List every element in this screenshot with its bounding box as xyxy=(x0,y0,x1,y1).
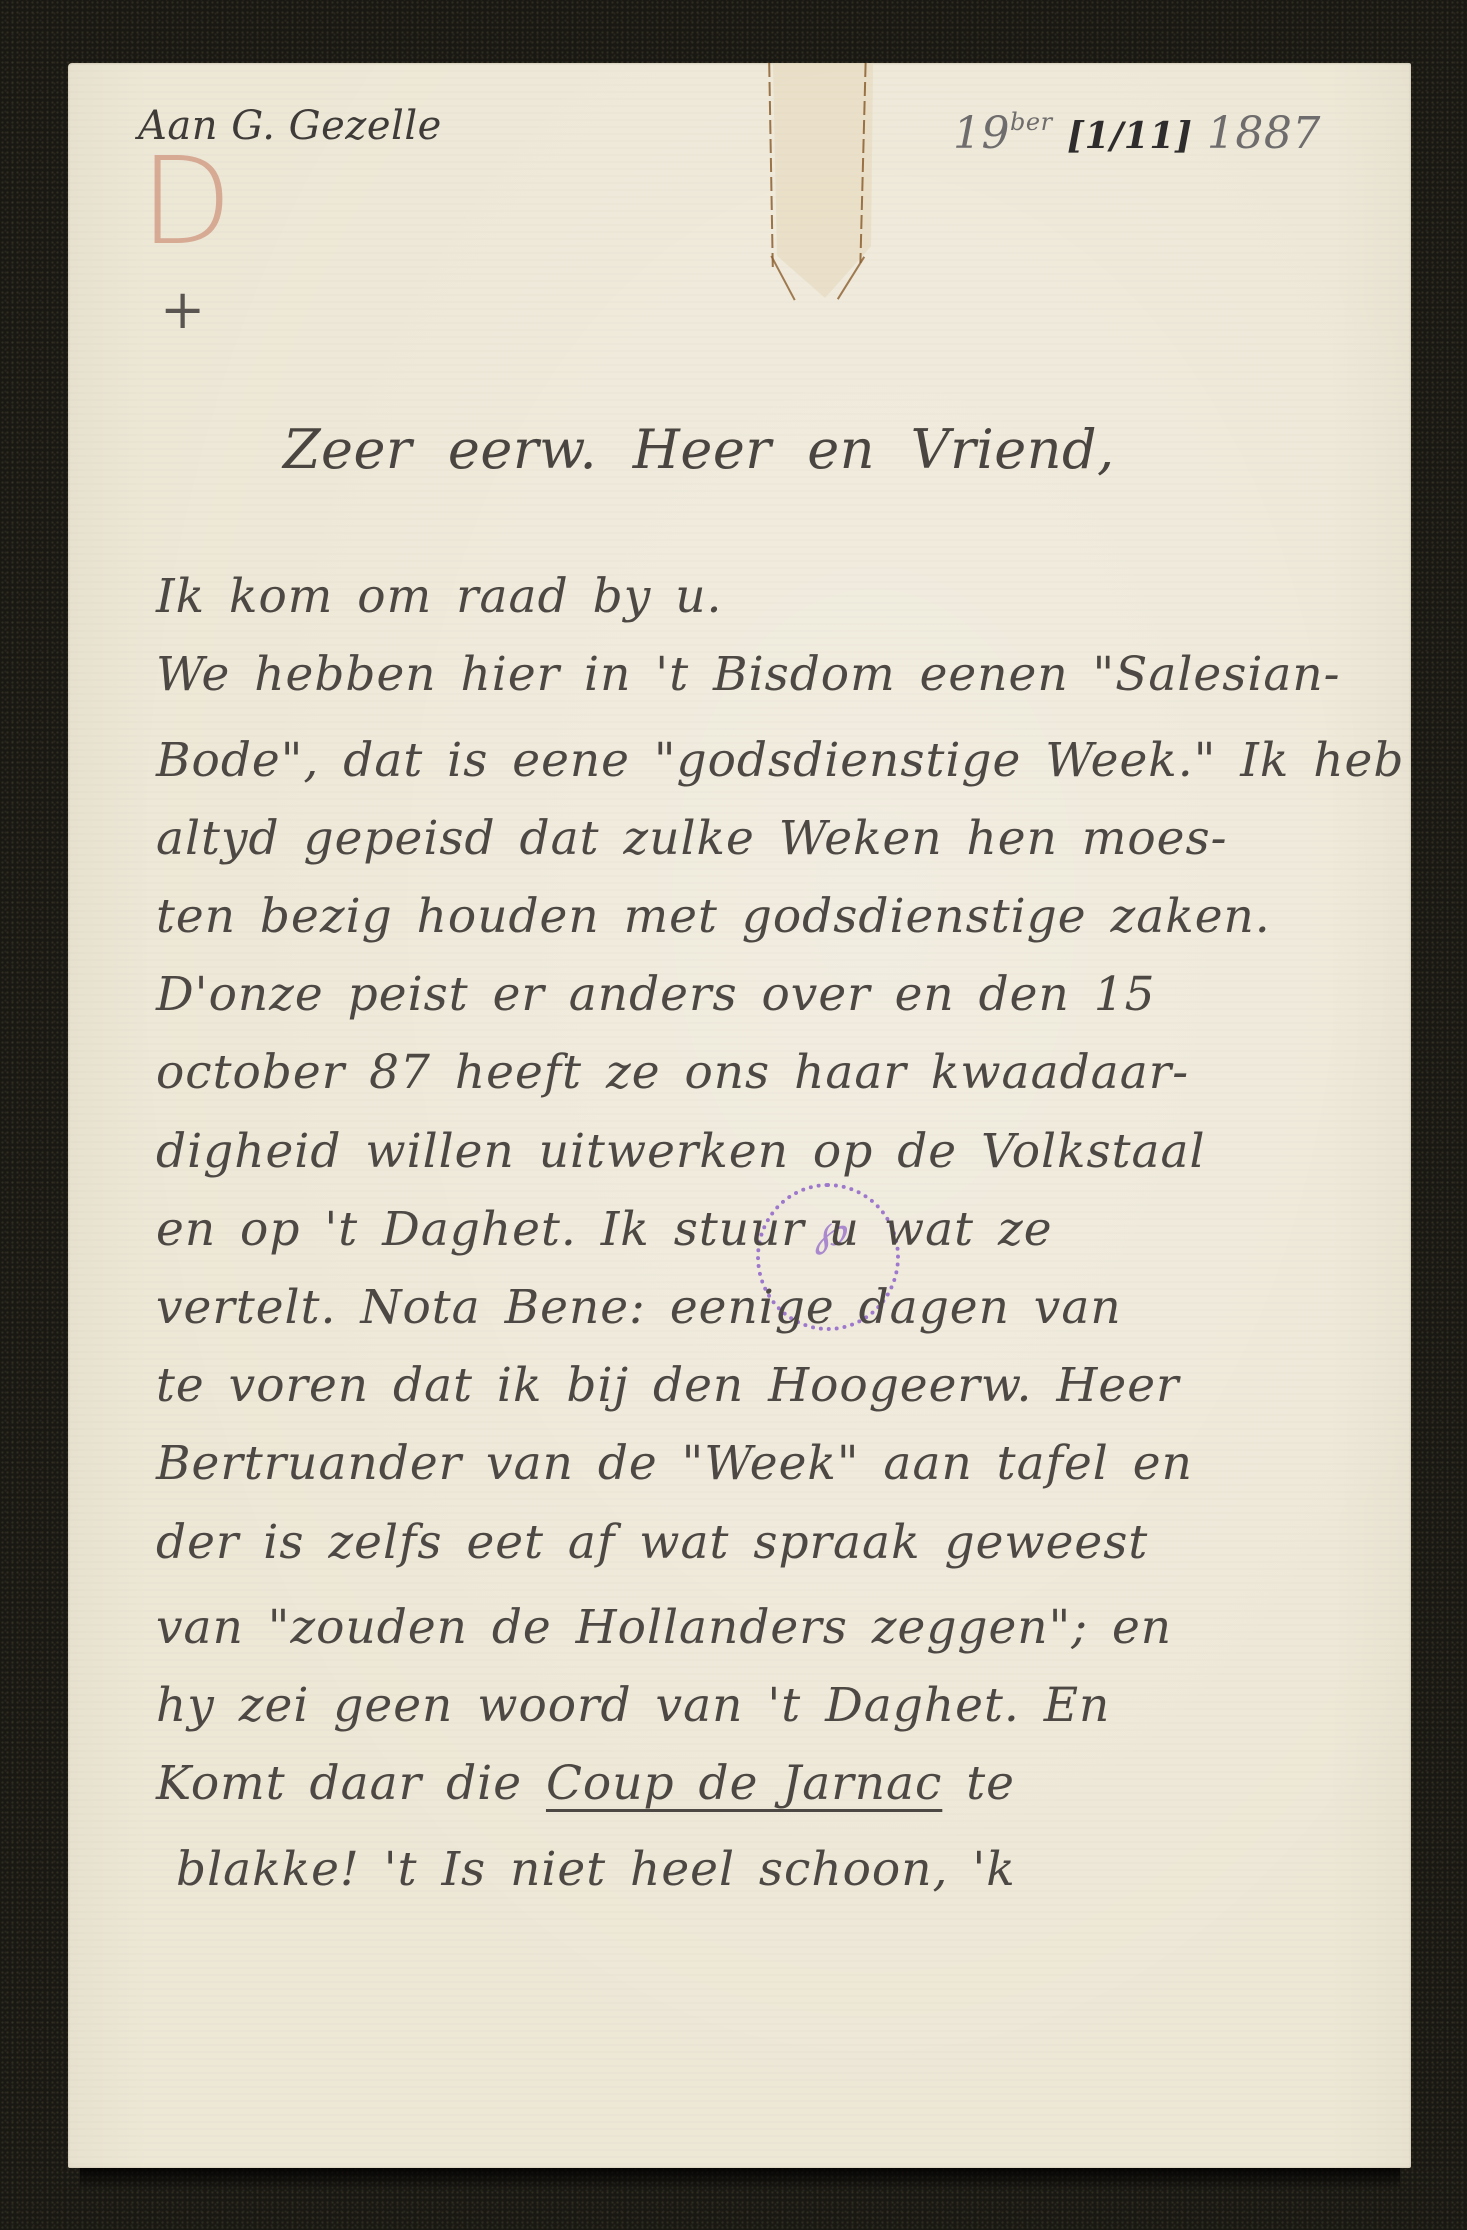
body-line-1: Ik kom om raad by u. xyxy=(156,569,1396,624)
body-line-17: blakke! 't Is niet heel schoon, 'k xyxy=(176,1842,1416,1897)
body-line-16-end: te xyxy=(966,1756,1015,1811)
body-line-16-start: Komt daar die xyxy=(156,1756,522,1811)
body-line-8: digheid willen uitwerken op de Volkstaal xyxy=(156,1124,1396,1179)
date-month-suffix: ber xyxy=(1010,108,1053,136)
body-line-9: en op 't Daghet. Ik stuur u wat ze xyxy=(156,1202,1396,1257)
body-line-11: te voren dat ik bij den Hoogeerw. Heer xyxy=(156,1358,1396,1413)
body-line-12: Bertruander van de "Week" aan tafel en xyxy=(156,1436,1396,1491)
cross-mark: + xyxy=(160,278,206,341)
date-bracket: [1/11] xyxy=(1067,115,1192,157)
body-line-10: vertelt. Nota Bene: eenige dagen van xyxy=(156,1280,1396,1335)
body-line-7: october 87 heeft ze ons haar kwaadaar- xyxy=(156,1045,1396,1100)
body-line-4: altyd gepeisd dat zulke Weken hen moes- xyxy=(156,811,1396,866)
page-shadow xyxy=(80,2168,1400,2190)
underlined-phrase: Coup de Jarnac xyxy=(546,1756,942,1811)
body-line-15: hy zei geen woord van 't Daghet. En xyxy=(156,1678,1396,1733)
body-line-16: Komt daar die Coup de Jarnac te xyxy=(156,1756,1396,1811)
body-line-14: van "zouden de Hollanders zeggen"; en xyxy=(156,1600,1396,1655)
body-line-6: D'onze peist er anders over en den 15 xyxy=(156,967,1396,1022)
date-year: 1887 xyxy=(1207,108,1321,159)
body-line-3: Bode", dat is eene "godsdienstige Week."… xyxy=(156,733,1396,788)
body-line-13: der is zelfs eet af wat spraak geweest xyxy=(156,1515,1396,1570)
date-day: 19 xyxy=(953,108,1010,159)
salutation: Zeer eerw. Heer en Vriend, xyxy=(283,418,1115,481)
body-line-2: We hebben hier in 't Bisdom eenen "Sales… xyxy=(156,647,1396,702)
fold-line-left xyxy=(768,63,774,268)
archive-mark: D xyxy=(140,133,232,272)
letter-page: D Aan G. Gezelle 19ber [1/11] 1887 + Zee… xyxy=(68,63,1411,2168)
addressee-note: Aan G. Gezelle xyxy=(138,103,442,149)
date-note: 19ber [1/11] 1887 xyxy=(953,108,1321,159)
body-line-5: ten bezig houden met godsdienstige zaken… xyxy=(156,889,1396,944)
